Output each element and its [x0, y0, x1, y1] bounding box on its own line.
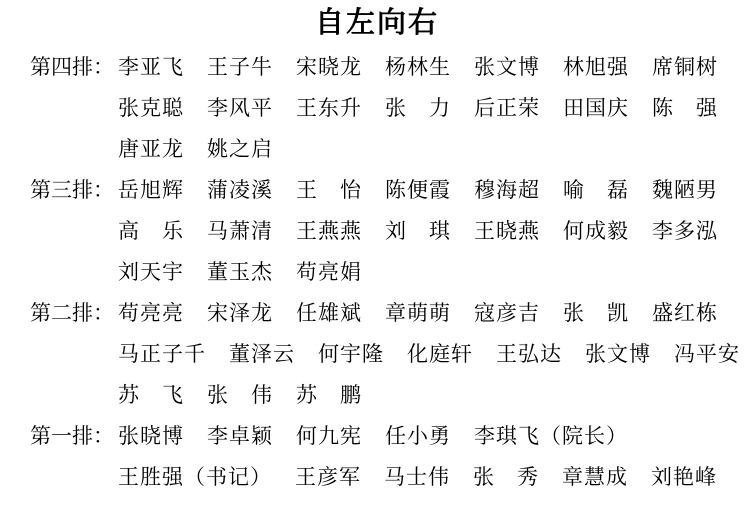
- person-name: 刘艳峰: [651, 461, 717, 491]
- name-line: 苏 飞张 伟苏 鹏: [0, 373, 754, 414]
- person-name: 王 怡: [296, 174, 362, 204]
- person-name: 苏 鹏: [296, 379, 362, 409]
- person-name: 李卓颖: [207, 420, 273, 450]
- person-name: 林旭强: [563, 51, 629, 81]
- person-name: 蒲凌溪: [207, 174, 273, 204]
- person-name: 董泽云: [229, 338, 295, 368]
- name-list: 第四排：李亚飞王子牛宋晓龙杨林生张文博林旭强席铜树张克聪李风平王东升张 力后正荣…: [0, 45, 754, 496]
- name-line: 王胜强（书记）王彦军马士伟张 秀章慧成刘艳峰: [0, 455, 754, 496]
- name-line: 马正子千董泽云何宇隆化庭轩王弘达张文博冯平安: [0, 332, 754, 373]
- person-name: 张克聪: [118, 92, 184, 122]
- person-name: 李风平: [207, 92, 273, 122]
- row-label: 第四排：: [30, 51, 118, 81]
- person-name: 王胜强（书记）: [118, 461, 272, 491]
- person-name: 何宇隆: [318, 338, 384, 368]
- name-line: 第二排：苟亮亮宋泽龙任雄斌章萌萌寇彦吉张 凯盛红栋: [0, 291, 754, 332]
- person-name: 田国庆: [563, 92, 629, 122]
- person-name: 马萧清: [207, 215, 273, 245]
- person-name: 任小勇: [385, 420, 451, 450]
- person-name: 岳旭辉: [118, 174, 184, 204]
- person-name: 马士伟: [384, 461, 450, 491]
- name-line: 张克聪李风平王东升张 力后正荣田国庆陈 强: [0, 86, 754, 127]
- person-name: 章慧成: [562, 461, 628, 491]
- document-page: 自左向右 第四排：李亚飞王子牛宋晓龙杨林生张文博林旭强席铜树张克聪李风平王东升张…: [0, 0, 754, 505]
- person-name: 陈便霞: [385, 174, 451, 204]
- person-name: 章萌萌: [385, 297, 451, 327]
- person-name: 喻 磊: [563, 174, 629, 204]
- person-name: 何九宪: [296, 420, 362, 450]
- person-name: 任雄斌: [296, 297, 362, 327]
- name-line: 刘天宇董玉杰苟亮娟: [0, 250, 754, 291]
- person-name: 王东升: [296, 92, 362, 122]
- person-name: 高 乐: [118, 215, 184, 245]
- person-name: 宋晓龙: [296, 51, 362, 81]
- person-name: 苟亮娟: [296, 256, 362, 286]
- row-label: 第一排：: [30, 420, 118, 450]
- person-name: 张 力: [385, 92, 451, 122]
- person-name: 苏 飞: [118, 379, 184, 409]
- person-name: 后正荣: [474, 92, 540, 122]
- person-name: 苟亮亮: [118, 297, 184, 327]
- person-name: 李亚飞: [118, 51, 184, 81]
- person-name: 魏陋男: [652, 174, 718, 204]
- name-line: 第一排：张晓博李卓颖何九宪任小勇李琪飞（院长）: [0, 414, 754, 455]
- person-name: 席铜树: [652, 51, 718, 81]
- person-name: 董玉杰: [207, 256, 273, 286]
- person-name: 张 秀: [473, 461, 539, 491]
- name-line: 第四排：李亚飞王子牛宋晓龙杨林生张文博林旭强席铜树: [0, 45, 754, 86]
- person-name: 刘天宇: [118, 256, 184, 286]
- person-name: 姚之启: [207, 133, 273, 163]
- name-line: 唐亚龙姚之启: [0, 127, 754, 168]
- person-name: 杨林生: [385, 51, 451, 81]
- person-name: 穆海超: [474, 174, 540, 204]
- person-name: 冯平安: [674, 338, 740, 368]
- person-name: 王子牛: [207, 51, 273, 81]
- person-name: 唐亚龙: [118, 133, 184, 163]
- name-line: 第三排：岳旭辉蒲凌溪王 怡陈便霞穆海超喻 磊魏陋男: [0, 168, 754, 209]
- person-name: 张晓博: [118, 420, 184, 450]
- person-name: 寇彦吉: [474, 297, 540, 327]
- person-name: 张文博: [474, 51, 540, 81]
- person-name: 化庭轩: [407, 338, 473, 368]
- person-name: 王彦军: [295, 461, 361, 491]
- person-name: 陈 强: [652, 92, 718, 122]
- person-name: 马正子千: [118, 338, 206, 368]
- person-name: 李琪飞（院长）: [474, 420, 628, 450]
- person-name: 张文博: [585, 338, 651, 368]
- person-name: 张 伟: [207, 379, 273, 409]
- person-name: 何成毅: [563, 215, 629, 245]
- person-name: 王弘达: [496, 338, 562, 368]
- row-label: 第二排：: [30, 297, 118, 327]
- person-name: 盛红栋: [652, 297, 718, 327]
- page-title: 自左向右: [0, 0, 754, 41]
- name-line: 高 乐马萧清王燕燕刘 琪王晓燕何成毅李多泓: [0, 209, 754, 250]
- row-label: 第三排：: [30, 174, 118, 204]
- person-name: 刘 琪: [385, 215, 451, 245]
- person-name: 张 凯: [563, 297, 629, 327]
- person-name: 王燕燕: [296, 215, 362, 245]
- person-name: 宋泽龙: [207, 297, 273, 327]
- person-name: 李多泓: [652, 215, 718, 245]
- person-name: 王晓燕: [474, 215, 540, 245]
